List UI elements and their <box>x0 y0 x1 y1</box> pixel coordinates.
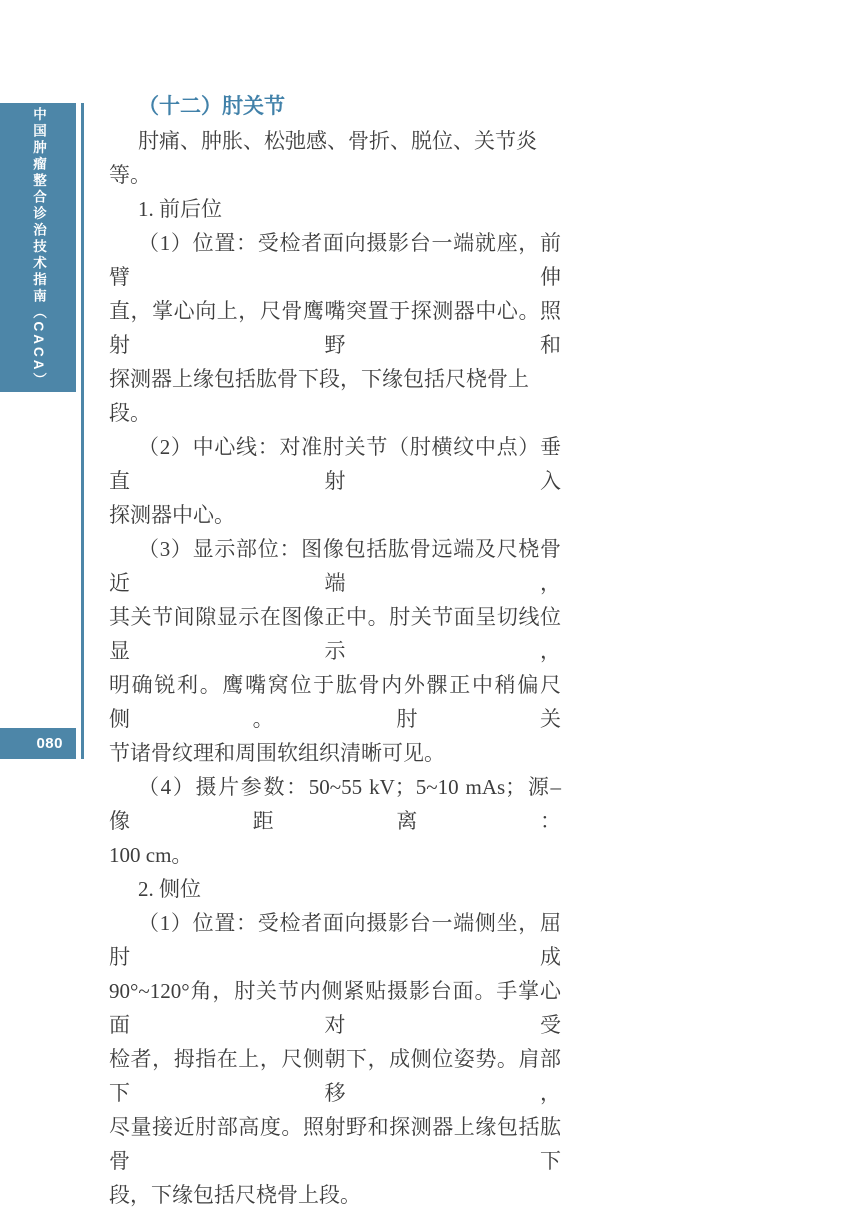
text-line: （1）位置：受检者面向摄影台一端就座，前臂伸 <box>109 226 561 294</box>
text-line: 探测器中心。 <box>109 498 561 532</box>
text-line: 1. 前后位 <box>109 192 561 226</box>
text-line: 肘痛、肿胀、松弛感、骨折、脱位、关节炎等。 <box>109 124 561 192</box>
sidebar-divider-rule <box>81 103 84 759</box>
text-line: （2）中心线：对准肘关节（肘横纹中点）垂直射入 <box>109 430 561 498</box>
text-line: 90°~120°角，肘关节内侧紧贴摄影台面。手掌心面对受 <box>109 974 561 1042</box>
body-paragraphs: 肘痛、肿胀、松弛感、骨折、脱位、关节炎等。1. 前后位（1）位置：受检者面向摄影… <box>109 124 561 1212</box>
text-line: （1）位置：受检者面向摄影台一端侧坐，屈肘成 <box>109 906 561 974</box>
text-line: 100 cm。 <box>109 838 561 872</box>
text-line: 探测器上缘包括肱骨下段，下缘包括尺桡骨上段。 <box>109 362 561 430</box>
text-line: 检者，拇指在上，尺侧朝下，成侧位姿势。肩部下移， <box>109 1042 561 1110</box>
book-title-vertical-text: 中国肿瘤整合诊治技术指南（CACA） <box>28 107 48 389</box>
content-area: （十二）肘关节 肘痛、肿胀、松弛感、骨折、脱位、关节炎等。1. 前后位（1）位置… <box>109 90 561 1212</box>
text-line: 尽量接近肘部高度。照射野和探测器上缘包括肱骨下 <box>109 1110 561 1178</box>
text-line: 2. 侧位 <box>109 872 561 906</box>
text-line: 其关节间隙显示在图像正中。肘关节面呈切线位显示， <box>109 600 561 668</box>
book-page: { "page": { "accent_color": "#4d86a8", "… <box>0 0 867 1218</box>
sidebar-book-title-bar: 中国肿瘤整合诊治技术指南（CACA） <box>0 103 76 392</box>
page-number: 080 <box>36 735 63 752</box>
text-line: 明确锐利。鹰嘴窝位于肱骨内外髁正中稍偏尺侧。肘关 <box>109 668 561 736</box>
text-line: 直，掌心向上，尺骨鹰嘴突置于探测器中心。照射野和 <box>109 294 561 362</box>
text-line: （3）显示部位：图像包括肱骨远端及尺桡骨近端， <box>109 532 561 600</box>
text-line: （4）摄片参数：50~55 kV；5~10 mAs；源–像距离： <box>109 770 561 838</box>
text-line: 节诸骨纹理和周围软组织清晰可见。 <box>109 736 561 770</box>
page-number-badge: 080 <box>0 728 76 759</box>
text-line: 段，下缘包括尺桡骨上段。 <box>109 1178 561 1212</box>
section-heading: （十二）肘关节 <box>109 90 561 124</box>
